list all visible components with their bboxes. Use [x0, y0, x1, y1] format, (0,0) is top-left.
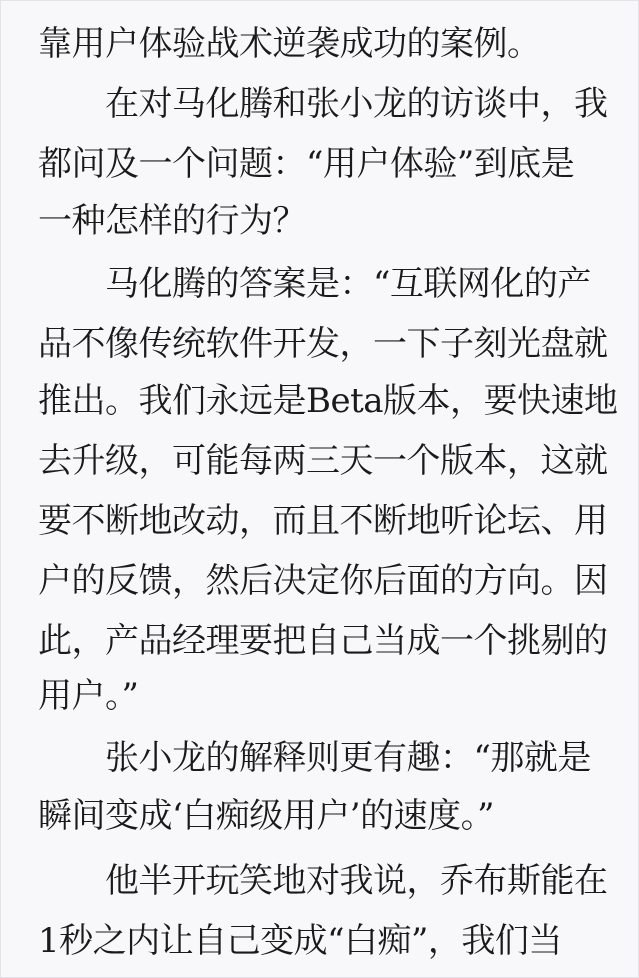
text-line: 用户。” — [38, 671, 608, 721]
text-line: 靠用户体验战术逆袭成功的案例。 — [38, 19, 608, 69]
text-line: 一种怎样的行为？ — [38, 196, 608, 246]
text-line: 推出。我们永远是Beta版本，要快速地 — [38, 376, 608, 426]
text-line: 瞬间变成‘白痴级用户’的速度。” — [38, 791, 608, 841]
text-line: 1秒之内让自己变成“白痴”，我们当 — [38, 916, 608, 966]
text-line: 要不断地改动，而且不断地听论坛、用 — [38, 496, 608, 546]
text-line: 都问及一个问题：“用户体验”到底是 — [38, 139, 608, 189]
paragraph-start-line: 他半开玩笑地对我说，乔布斯能在 — [105, 856, 639, 906]
paragraph-start-line: 在对马化腾和张小龙的访谈中，我 — [105, 79, 639, 129]
paragraph-start-line: 张小龙的解释则更有趣：“那就是 — [105, 733, 639, 783]
document-page: 靠用户体验战术逆袭成功的案例。 在对马化腾和张小龙的访谈中，我 都问及一个问题：… — [0, 0, 639, 978]
text-line: 去升级，可能每两三天一个版本，这就 — [38, 436, 608, 486]
text-line: 品不像传统软件开发，一下子刻光盘就 — [38, 319, 608, 369]
text-line: 此，产品经理要把自己当成一个挑剔的 — [38, 616, 608, 666]
paragraph-start-line: 马化腾的答案是：“互联网化的产 — [105, 259, 639, 309]
text-line: 户的反馈，然后决定你后面的方向。因 — [38, 556, 608, 606]
